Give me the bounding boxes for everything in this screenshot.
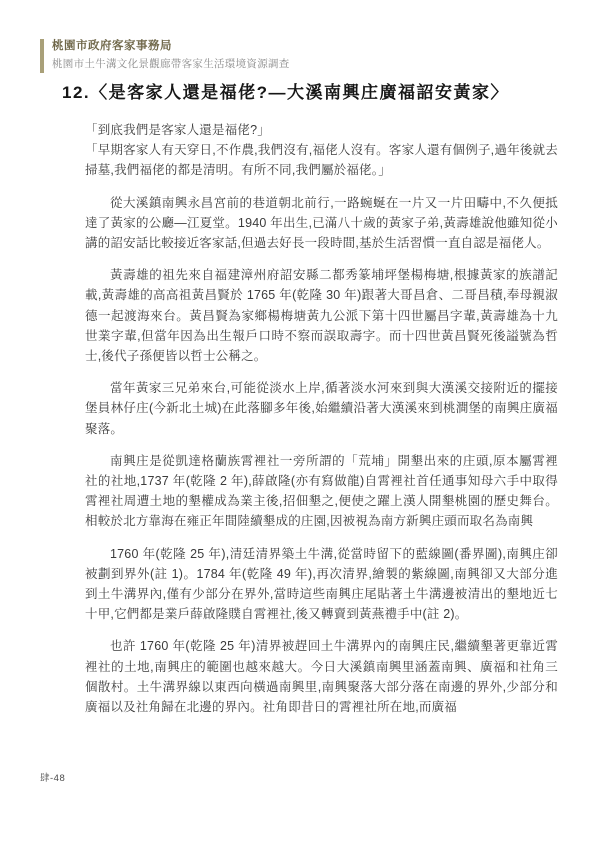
header-organization: 桃園市政府客家事務局 [52, 37, 290, 55]
page-footer: 肆-48 [40, 770, 65, 784]
paragraph: 1760 年(乾隆 25 年),清廷清界築土牛溝,從當時留下的藍線圖(番界圖),… [85, 544, 558, 625]
document-page: 桃園市政府客家事務局 桃園市土牛溝文化景觀廊帶客家生活環境資源調查 12.〈是客… [0, 0, 600, 848]
page-number: 肆-48 [40, 773, 65, 784]
document-body: 「到底我們是客家人還是福佬?」「早期客家人有天穿日,不作農,我們沒有,福佬人沒有… [85, 120, 558, 729]
header-accent-bar [40, 39, 44, 73]
paragraph: 也許 1760 年(乾隆 25 年)清界被趕回土牛溝界內的南興庄民,繼續墾著更靠… [85, 636, 558, 717]
paragraph: 黃壽雄的祖先來自福建漳州府詔安縣二都秀篆埔坪堡楊梅塘,根據黃家的族譜記載,黃壽雄… [85, 265, 558, 366]
header-subtitle: 桃園市土牛溝文化景觀廊帶客家生活環境資源調查 [52, 55, 290, 73]
header-text: 桃園市政府客家事務局 桃園市土牛溝文化景觀廊帶客家生活環境資源調查 [52, 37, 290, 73]
paragraph: 「早期客家人有天穿日,不作農,我們沒有,福佬人沒有。客家人還有個例子,過年後就去… [85, 140, 558, 180]
paragraph: 「到底我們是客家人還是福佬?」 [85, 120, 558, 140]
page-title: 12.〈是客家人還是福佬?—大溪南興庄廣福詔安黃家〉 [62, 82, 570, 104]
paragraph: 南興庄是從凱達格蘭族霄裡社一旁所謂的「荒埔」開墾出來的庄頭,原本屬霄裡社的社地,… [85, 451, 558, 532]
paragraph: 當年黃家三兄弟來台,可能從淡水上岸,循著淡水河來到與大漢溪交接附近的擺接堡員林仔… [85, 378, 558, 439]
page-header: 桃園市政府客家事務局 桃園市土牛溝文化景觀廊帶客家生活環境資源調查 [40, 37, 290, 73]
paragraph: 從大溪鎮南興永昌宮前的巷道朝北前行,一路蜿蜒在一片又一片田疇中,不久便抵達了黃家… [85, 193, 558, 254]
